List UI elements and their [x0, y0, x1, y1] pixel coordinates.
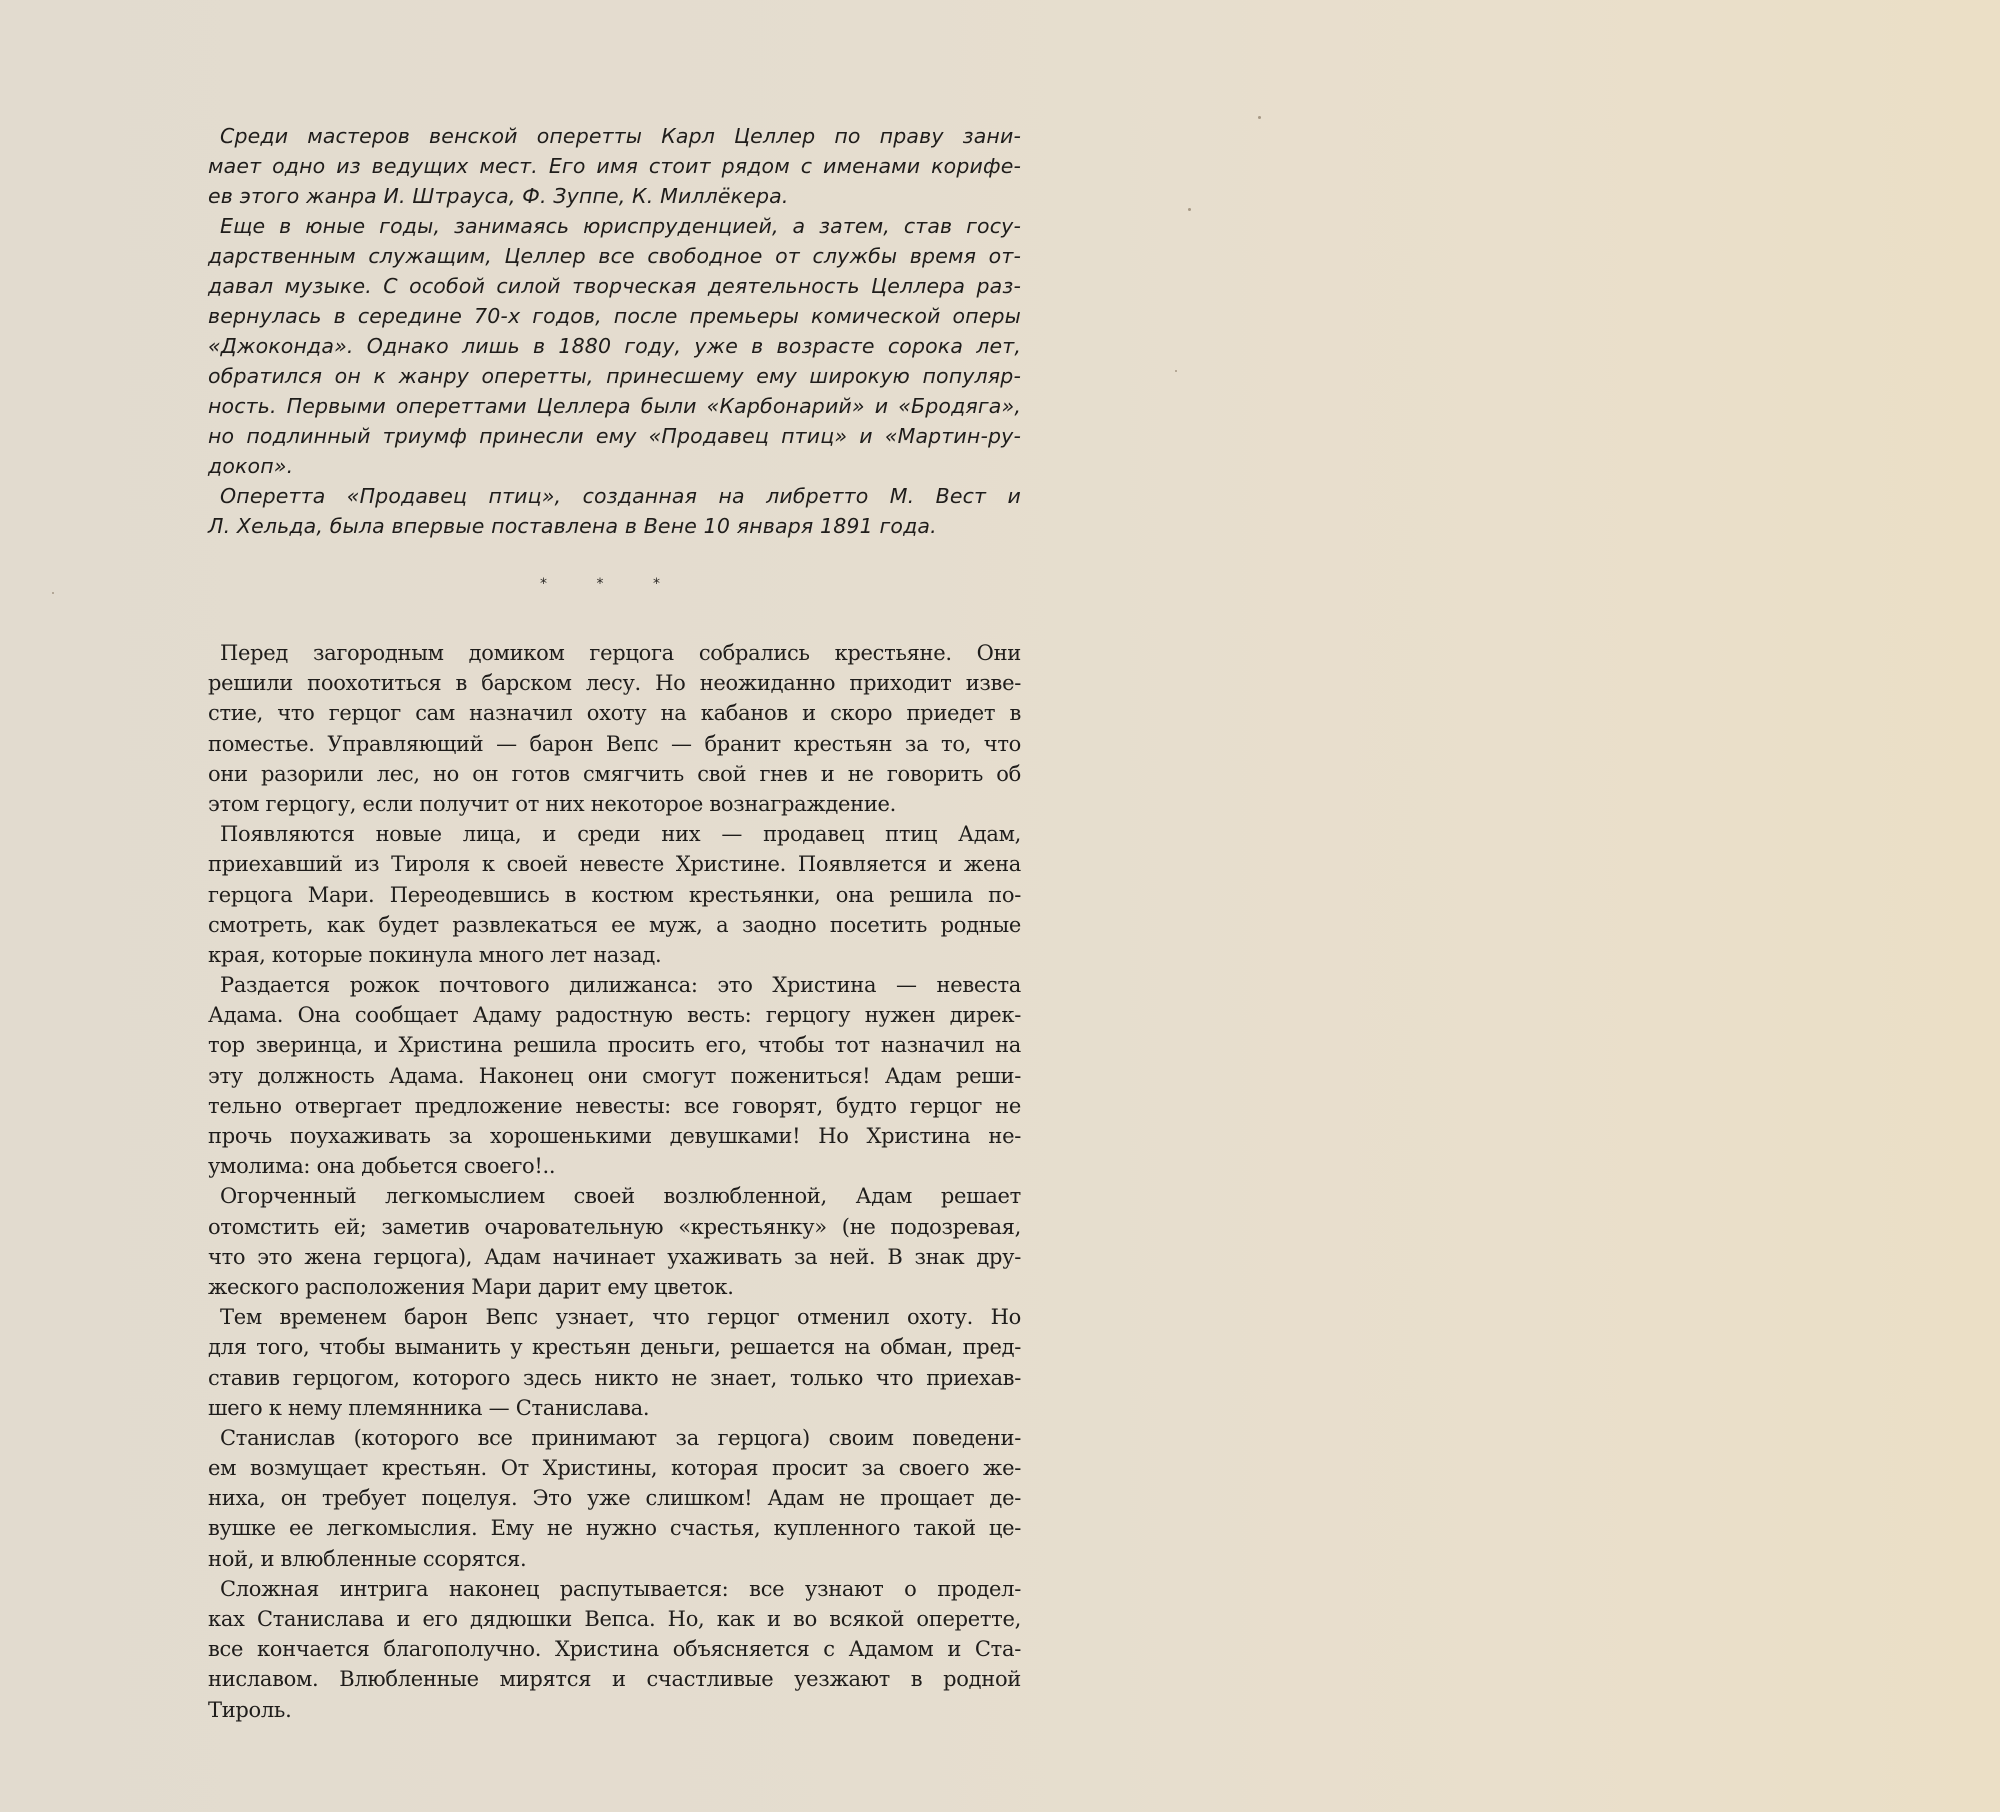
synopsis-line: этом герцогу, если получит от них некото… — [208, 789, 1021, 819]
synopsis-line: умолима: она добьется своего!.. — [208, 1151, 1021, 1181]
synopsis-line: что это жена герцога), Адам начинает уха… — [208, 1242, 1021, 1272]
synopsis-line: ниха, он требует поцелуя. Это уже слишко… — [208, 1483, 1021, 1513]
synopsis-line: Тироль. — [208, 1695, 1021, 1725]
synopsis-line: приехавший из Тироля к своей невесте Хри… — [208, 849, 1021, 879]
intro-line: ность. Первыми опереттами Целлера были «… — [208, 391, 1021, 421]
intro-line: вернулась в середине 70-х годов, после п… — [208, 301, 1021, 331]
synopsis-line: ках Станислава и его дядюшки Вепса. Но, … — [208, 1604, 1021, 1634]
synopsis-line: отомстить ей; заметив очаровательную «кр… — [208, 1212, 1021, 1242]
intro-line: Среди мастеров венской оперетты Карл Цел… — [208, 121, 1021, 151]
section-divider: * * * — [540, 576, 660, 592]
synopsis-line: Тем временем барон Вепс узнает, что герц… — [208, 1302, 1021, 1332]
synopsis-line: Огорченный легкомыслием своей возлюбленн… — [208, 1181, 1021, 1211]
intro-section: Среди мастеров венской оперетты Карл Цел… — [208, 121, 1021, 541]
synopsis-line: Появляются новые лица, и среди них — про… — [208, 819, 1021, 849]
synopsis-line: Сложная интрига наконец распутывается: в… — [208, 1574, 1021, 1604]
synopsis-section: Перед загородным домиком герцога собрали… — [208, 638, 1021, 1725]
synopsis-line: поместье. Управляющий — барон Вепс — бра… — [208, 729, 1021, 759]
intro-line: дарственным служащим, Целлер все свободн… — [208, 241, 1021, 271]
scanned-page: Среди мастеров венской оперетты Карл Цел… — [0, 0, 2000, 1812]
synopsis-line: ниславом. Влюбленные мирятся и счастливы… — [208, 1664, 1021, 1694]
synopsis-line: шего к нему племянника — Станислава. — [208, 1393, 1021, 1423]
intro-line: ев этого жанра И. Штрауса, Ф. Зуппе, К. … — [208, 181, 1021, 211]
synopsis-line: решили поохотиться в барском лесу. Но не… — [208, 668, 1021, 698]
synopsis-line: ной, и влюбленные ссорятся. — [208, 1544, 1021, 1574]
paper-speck — [52, 592, 54, 594]
paper-speck — [1188, 208, 1191, 211]
divider-star: * — [653, 576, 660, 592]
synopsis-line: Адама. Она сообщает Адаму радостную вест… — [208, 1000, 1021, 1030]
paper-speck — [1258, 116, 1261, 119]
intro-line: но подлинный триумф принесли ему «Продав… — [208, 421, 1021, 451]
synopsis-line: ставив герцогом, которого здесь никто не… — [208, 1363, 1021, 1393]
synopsis-line: герцога Мари. Переодевшись в костюм крес… — [208, 880, 1021, 910]
synopsis-line: Перед загородным домиком герцога собрали… — [208, 638, 1021, 668]
synopsis-line: тельно отвергает предложение невесты: вс… — [208, 1091, 1021, 1121]
paper-speck — [1175, 370, 1177, 372]
synopsis-line: Раздается рожок почтового дилижанса: это… — [208, 970, 1021, 1000]
synopsis-line: жеского расположения Мари дарит ему цвет… — [208, 1272, 1021, 1302]
synopsis-line: они разорили лес, но он готов смягчить с… — [208, 759, 1021, 789]
intro-line: докоп». — [208, 451, 1021, 481]
intro-line: давал музыке. С особой силой творческая … — [208, 271, 1021, 301]
synopsis-line: смотреть, как будет развлекаться ее муж,… — [208, 910, 1021, 940]
synopsis-line: края, которые покинула много лет назад. — [208, 940, 1021, 970]
synopsis-line: стие, что герцог сам назначил охоту на к… — [208, 698, 1021, 728]
synopsis-line: Станислав (которого все принимают за гер… — [208, 1423, 1021, 1453]
intro-line: Еще в юные годы, занимаясь юриспруденцие… — [208, 211, 1021, 241]
intro-line: мает одно из ведущих мест. Его имя стоит… — [208, 151, 1021, 181]
divider-star: * — [540, 576, 547, 592]
synopsis-line: вушке ее легкомыслия. Ему не нужно счаст… — [208, 1513, 1021, 1543]
intro-line: обратился он к жанру оперетты, принесшем… — [208, 361, 1021, 391]
intro-line: «Джоконда». Однако лишь в 1880 году, уже… — [208, 331, 1021, 361]
synopsis-line: тор зверинца, и Христина решила просить … — [208, 1030, 1021, 1060]
divider-star: * — [597, 576, 604, 592]
synopsis-line: все кончается благополучно. Христина объ… — [208, 1634, 1021, 1664]
synopsis-line: эту должность Адама. Наконец они смогут … — [208, 1061, 1021, 1091]
synopsis-line: для того, чтобы выманить у крестьян день… — [208, 1332, 1021, 1362]
synopsis-line: ем возмущает крестьян. От Христины, кото… — [208, 1453, 1021, 1483]
synopsis-line: прочь поухаживать за хорошенькими девушк… — [208, 1121, 1021, 1151]
intro-line: Оперетта «Продавец птиц», созданная на л… — [208, 481, 1021, 511]
intro-line: Л. Хельда, была впервые поставлена в Вен… — [208, 511, 1021, 541]
